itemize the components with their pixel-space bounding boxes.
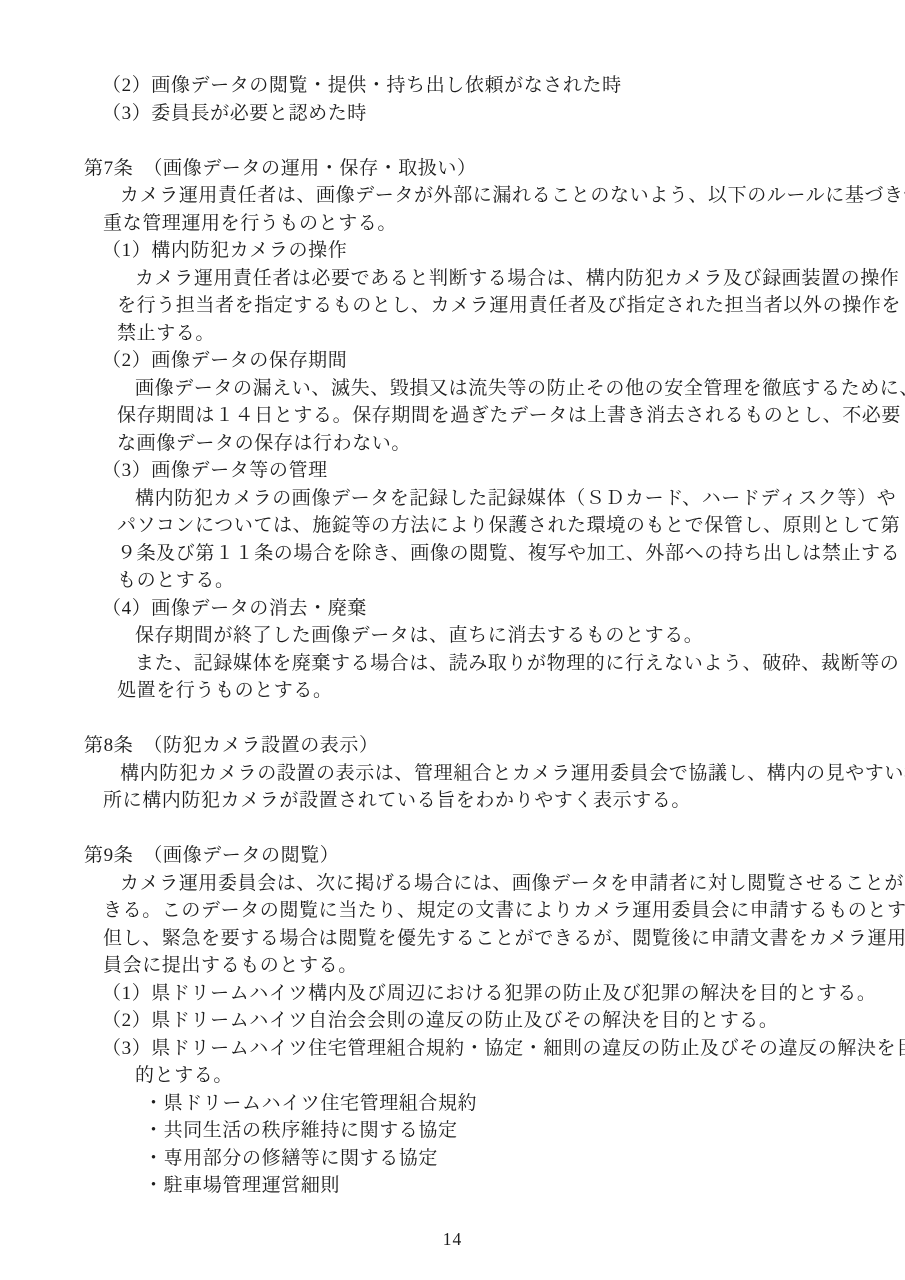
blank-line bbox=[84, 815, 827, 843]
item-body-first: カメラ運用責任者は必要であると判断する場合は、構内防犯カメラ及び録画装置の操作 bbox=[84, 265, 827, 293]
list-item: （2）県ドリームハイツ自治会会則の違反の防止及びその解決を目的とする。 bbox=[84, 1007, 827, 1035]
item-body: ９条及び第１１条の場合を除き、画像の閲覧、複写や加工、外部への持ち出しは禁止する bbox=[84, 540, 827, 568]
sub-bullet: ・県ドリームハイツ住宅管理組合規約 bbox=[84, 1090, 827, 1118]
item-body: な画像データの保存は行わない。 bbox=[84, 430, 827, 458]
item-continuation: 的とする。 bbox=[84, 1062, 827, 1090]
document-body: （2）画像データの閲覧・提供・持ち出し依頼がなされた時（3）委員長が必要と認めた… bbox=[84, 72, 827, 1200]
document-page: （2）画像データの閲覧・提供・持ち出し依頼がなされた時（3）委員長が必要と認めた… bbox=[0, 0, 905, 1280]
sub-bullet: ・専用部分の修繕等に関する協定 bbox=[84, 1145, 827, 1173]
item-body: ものとする。 bbox=[84, 567, 827, 595]
article-heading: 第7条 （画像データの運用・保存・取扱い） bbox=[84, 155, 827, 183]
blank-line bbox=[84, 127, 827, 155]
item-body: 保存期間は１４日とする。保存期間を過ぎたデータは上書き消去されるものとし、不必要 bbox=[84, 402, 827, 430]
list-item: （3）委員長が必要と認めた時 bbox=[84, 100, 827, 128]
list-item: （2）画像データの保存期間 bbox=[84, 347, 827, 375]
paragraph: 所に構内防犯カメラが設置されている旨をわかりやすく表示する。 bbox=[84, 787, 827, 815]
item-body: パソコンについては、施錠等の方法により保護された環境のもとで保管し、原則として第 bbox=[84, 512, 827, 540]
paragraph: 但し、緊急を要する場合は閲覧を優先することができるが、閲覧後に申請文書をカメラ運… bbox=[84, 925, 827, 953]
list-item: （4）画像データの消去・廃棄 bbox=[84, 595, 827, 623]
paragraph-first: カメラ運用責任者は、画像データが外部に漏れることのないよう、以下のルールに基づき… bbox=[84, 182, 827, 210]
paragraph: 重な管理運用を行うものとする。 bbox=[84, 210, 827, 238]
item-body: 禁止する。 bbox=[84, 320, 827, 348]
page-number: 14 bbox=[0, 1229, 905, 1250]
item-body-first: 保存期間が終了した画像データは、直ちに消去するものとする。 bbox=[84, 622, 827, 650]
sub-bullet: ・駐車場管理運営細則 bbox=[84, 1172, 827, 1200]
item-body: を行う担当者を指定するものとし、カメラ運用責任者及び指定された担当者以外の操作を bbox=[84, 292, 827, 320]
item-body-first: また、記録媒体を廃棄する場合は、読み取りが物理的に行えないよう、破砕、裁断等の bbox=[84, 650, 827, 678]
item-body: 処置を行うものとする。 bbox=[84, 677, 827, 705]
item-body-first: 構内防犯カメラの画像データを記録した記録媒体（ＳＤカード、ハードディスク等）や bbox=[84, 485, 827, 513]
blank-line bbox=[84, 705, 827, 733]
item-body-first: 画像データの漏えい、滅失、毀損又は流失等の防止その他の安全管理を徹底するために、 bbox=[84, 375, 827, 403]
paragraph-first: 構内防犯カメラの設置の表示は、管理組合とカメラ運用委員会で協議し、構内の見やすい… bbox=[84, 760, 827, 788]
list-item: （3）画像データ等の管理 bbox=[84, 457, 827, 485]
list-item: （2）画像データの閲覧・提供・持ち出し依頼がなされた時 bbox=[84, 72, 827, 100]
article-heading: 第8条 （防犯カメラ設置の表示） bbox=[84, 732, 827, 760]
paragraph: きる。このデータの閲覧に当たり、規定の文書によりカメラ運用委員会に申請するものと… bbox=[84, 897, 827, 925]
list-item: （3）県ドリームハイツ住宅管理組合規約・協定・細則の違反の防止及びその違反の解決… bbox=[84, 1035, 827, 1063]
article-heading: 第9条 （画像データの閲覧） bbox=[84, 842, 827, 870]
list-item: （1）構内防犯カメラの操作 bbox=[84, 237, 827, 265]
list-item: （1）県ドリームハイツ構内及び周辺における犯罪の防止及び犯罪の解決を目的とする。 bbox=[84, 980, 827, 1008]
sub-bullet: ・共同生活の秩序維持に関する協定 bbox=[84, 1117, 827, 1145]
paragraph-first: カメラ運用委員会は、次に掲げる場合には、画像データを申請者に対し閲覧させることが… bbox=[84, 870, 827, 898]
paragraph: 員会に提出するものとする。 bbox=[84, 952, 827, 980]
